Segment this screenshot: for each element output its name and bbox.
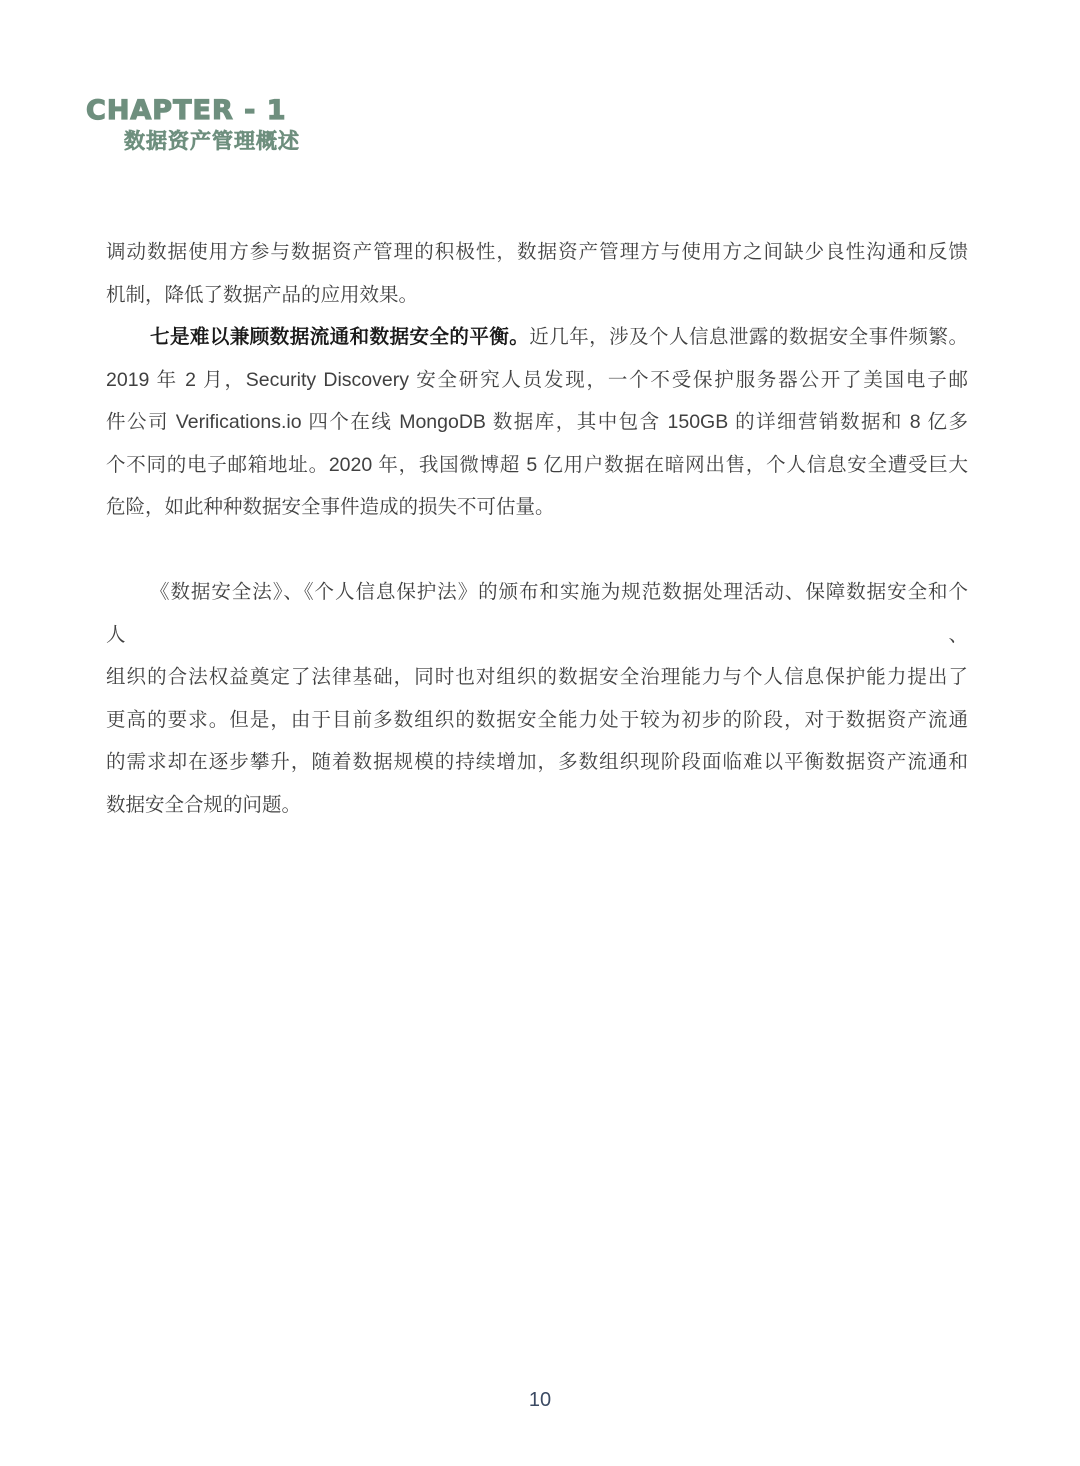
body-text-segment: 机制，降低了数据产品的应用效果。: [106, 284, 418, 306]
paragraph: 调动数据使用方参与数据资产管理的积极性，数据资产管理方与使用方之间缺少良性沟通和…: [106, 231, 968, 316]
body-text-segment: 数据安全合规的问题。: [106, 794, 301, 816]
chapter-subtitle: 数据资产管理概述: [124, 129, 300, 155]
body-text-segment: 调动数据使用方参与数据资产管理的积极性，数据资产管理方与使用方之间缺少良性沟通和…: [106, 241, 968, 263]
bold-lead-text: 七是难以兼顾数据流通和数据安全的平衡。: [150, 326, 529, 348]
body-text-segment: 2019 年 2 月，Security Discovery 安全研究人员发现，一…: [106, 369, 968, 391]
body-text-segment: 个不同的电子邮箱地址。2020 年，我国微博超 5 亿用户数据在暗网出售，个人信…: [106, 454, 968, 476]
text-line: 《数据安全法》、《个人信息保护法》的颁布和实施为规范数据处理活动、保障数据安全和…: [106, 571, 968, 656]
body-text-segment: 更高的要求。但是，由于目前多数组织的数据安全能力处于较为初步的阶段，对于数据资产…: [106, 709, 968, 731]
text-line: 个不同的电子邮箱地址。2020 年，我国微博超 5 亿用户数据在暗网出售，个人信…: [106, 444, 968, 487]
text-line: 件公司 Verifications.io 四个在线 MongoDB 数据库，其中…: [106, 401, 968, 444]
body-text-segment: 组织的合法权益奠定了法律基础，同时也对组织的数据安全治理能力与个人信息保护能力提…: [106, 666, 968, 688]
document-page: CHAPTER - 1 数据资产管理概述 调动数据使用方参与数据资产管理的积极性…: [0, 0, 1080, 1466]
body-text-segment: 《数据安全法》、《个人信息保护法》的颁布和实施为规范数据处理活动、保障数据安全和…: [106, 581, 968, 646]
chapter-label: CHAPTER - 1: [86, 96, 300, 126]
text-line: 七是难以兼顾数据流通和数据安全的平衡。近几年，涉及个人信息泄露的数据安全事件频繁…: [106, 316, 968, 359]
page-footer: 10: [0, 1387, 1080, 1413]
document-body: 调动数据使用方参与数据资产管理的积极性，数据资产管理方与使用方之间缺少良性沟通和…: [106, 231, 968, 826]
chapter-header: CHAPTER - 1 数据资产管理概述: [86, 96, 300, 155]
body-text-segment: 危险，如此种种数据安全事件造成的损失不可估量。: [106, 496, 555, 518]
body-text-segment: 近几年，涉及个人信息泄露的数据安全事件频繁。: [529, 326, 968, 348]
body-text-segment: 件公司 Verifications.io 四个在线 MongoDB 数据库，其中…: [106, 411, 968, 433]
text-line: 2019 年 2 月，Security Discovery 安全研究人员发现，一…: [106, 359, 968, 402]
body-text-segment: 的需求却在逐步攀升，随着数据规模的持续增加，多数组织现阶段面临难以平衡数据资产流…: [106, 751, 968, 773]
text-line: 调动数据使用方参与数据资产管理的积极性，数据资产管理方与使用方之间缺少良性沟通和…: [106, 231, 968, 274]
page-number: 10: [529, 1389, 551, 1411]
text-line: 机制，降低了数据产品的应用效果。: [106, 274, 968, 317]
text-line: 的需求却在逐步攀升，随着数据规模的持续增加，多数组织现阶段面临难以平衡数据资产流…: [106, 741, 968, 784]
text-line: 更高的要求。但是，由于目前多数组织的数据安全能力处于较为初步的阶段，对于数据资产…: [106, 699, 968, 742]
text-line: 数据安全合规的问题。: [106, 784, 968, 827]
paragraph: 《数据安全法》、《个人信息保护法》的颁布和实施为规范数据处理活动、保障数据安全和…: [106, 571, 968, 826]
paragraph: 七是难以兼顾数据流通和数据安全的平衡。近几年，涉及个人信息泄露的数据安全事件频繁…: [106, 316, 968, 529]
text-line: 危险，如此种种数据安全事件造成的损失不可估量。: [106, 486, 968, 529]
text-line: 组织的合法权益奠定了法律基础，同时也对组织的数据安全治理能力与个人信息保护能力提…: [106, 656, 968, 699]
